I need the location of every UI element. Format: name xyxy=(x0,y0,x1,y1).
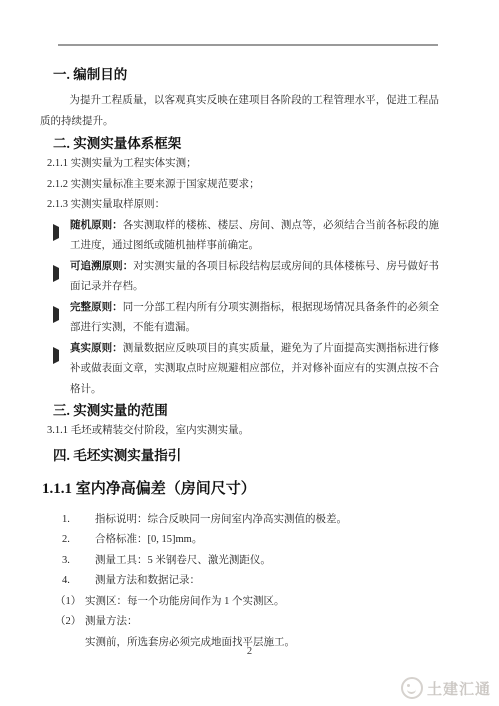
numbered-item-1: 1. 指标说明：综合反映同一房间室内净高实测值的极差。 xyxy=(62,510,439,531)
item-number: 4. xyxy=(62,571,95,592)
numbered-item-3: 3. 测量工具：5 米钢卷尺、激光测距仪。 xyxy=(62,551,439,572)
principle-text: 完整原则：同一分部工程内所有分项实测指标，根据现场情况具备条件的必须全部进行实测… xyxy=(70,298,439,339)
clause-2-1-1: 2.1.1 实测实量为工程实体实测； xyxy=(47,154,439,175)
arrow-bullet-icon xyxy=(53,298,70,339)
principle-body: 各实测取样的楼栋、楼层、房间、测点等，必须结合当前各标段的施工进度，通过图纸或随… xyxy=(70,220,439,252)
principle-text: 可追溯原则：对实测实量的各项目标段结构层或房间的具体楼栋号、房号做好书面记录并存… xyxy=(70,257,439,298)
item-text: 测量工具：5 米钢卷尺、激光测距仪。 xyxy=(95,551,439,572)
arrow-bullet-icon xyxy=(53,216,70,257)
principle-body: 同一分部工程内所有分项实测指标，根据现场情况具备条件的必须全部进行实测，不能有遗… xyxy=(70,302,439,334)
item-text: 测量方法： xyxy=(85,612,439,633)
section-1-heading: 一. 编制目的 xyxy=(53,64,439,85)
section-1-paragraph: 为提升工程质量，以客观真实反映在建项目各阶段的工程管理水平，促进工程品质的持续提… xyxy=(40,91,439,132)
clause-3-1-1: 3.1.1 毛坯或精装交付阶段，室内实测实量。 xyxy=(47,421,439,442)
section-4-heading: 四. 毛坯实测实量指引 xyxy=(53,445,439,466)
section-2-heading: 二. 实测实量体系框架 xyxy=(53,133,439,154)
paren-item-1: （1） 实测区：每一个功能房间作为 1 个实测区。 xyxy=(55,592,439,613)
page-number: 2 xyxy=(0,646,499,657)
item-text: 合格标准：[0, 15]mm。 xyxy=(95,530,439,551)
brand-watermark: 土建汇通 xyxy=(401,677,491,699)
principle-label: 随机原则： xyxy=(70,220,123,231)
subsection-1-1-1-heading: 1.1.1 室内净高偏差（房间尺寸） xyxy=(42,477,439,501)
item-number: 2. xyxy=(62,530,95,551)
smiley-circle-logo-icon xyxy=(401,677,423,699)
principle-item-random: 随机原则：各实测取样的楼栋、楼层、房间、测点等，必须结合当前各标段的施工进度，通… xyxy=(53,216,439,257)
principle-label: 可追溯原则： xyxy=(70,261,133,272)
principle-item-traceable: 可追溯原则：对实测实量的各项目标段结构层或房间的具体楼栋号、房号做好书面记录并存… xyxy=(53,257,439,298)
header-divider xyxy=(58,44,438,46)
arrow-bullet-icon xyxy=(53,257,70,298)
item-number: （2） xyxy=(55,612,85,633)
paren-item-2: （2） 测量方法： xyxy=(55,612,439,633)
principle-item-complete: 完整原则：同一分部工程内所有分项实测指标，根据现场情况具备条件的必须全部进行实测… xyxy=(53,298,439,339)
principle-label: 真实原则： xyxy=(70,343,123,354)
principle-label: 完整原则： xyxy=(70,302,123,313)
principle-text: 随机原则：各实测取样的楼栋、楼层、房间、测点等，必须结合当前各标段的施工进度，通… xyxy=(70,216,439,257)
document-content: 一. 编制目的 为提升工程质量，以客观真实反映在建项目各阶段的工程管理水平，促进… xyxy=(40,60,439,653)
item-text: 指标说明：综合反映同一房间室内净高实测值的极差。 xyxy=(95,510,439,531)
clause-2-1-2: 2.1.2 实测实量标准主要来源于国家规范要求； xyxy=(47,175,439,196)
numbered-item-2: 2. 合格标准：[0, 15]mm。 xyxy=(62,530,439,551)
arrow-bullet-icon xyxy=(53,339,70,401)
item-number: 3. xyxy=(62,551,95,572)
document-page: 一. 编制目的 为提升工程质量，以客观真实反映在建项目各阶段的工程管理水平，促进… xyxy=(0,0,499,706)
clause-2-1-3: 2.1.3 实测实量取样原则： xyxy=(47,195,439,216)
brand-watermark-text: 土建汇通 xyxy=(427,678,491,699)
item-number: （1） xyxy=(55,592,85,613)
item-number: 1. xyxy=(62,510,95,531)
item-text: 实测区：每一个功能房间作为 1 个实测区。 xyxy=(85,592,439,613)
numbered-item-4: 4. 测量方法和数据记录： xyxy=(62,571,439,592)
item-text: 测量方法和数据记录： xyxy=(95,571,439,592)
section-3-heading: 三. 实测实量的范围 xyxy=(53,400,439,421)
logo-smile-arc xyxy=(407,686,416,694)
principle-item-truthful: 真实原则：测量数据应反映项目的真实质量，避免为了片面提高实测指标进行修补或做表面… xyxy=(53,339,439,401)
principle-body: 测量数据应反映项目的真实质量，避免为了片面提高实测指标进行修补或做表面文章，实测… xyxy=(70,343,439,395)
principle-text: 真实原则：测量数据应反映项目的真实质量，避免为了片面提高实测指标进行修补或做表面… xyxy=(70,339,439,401)
